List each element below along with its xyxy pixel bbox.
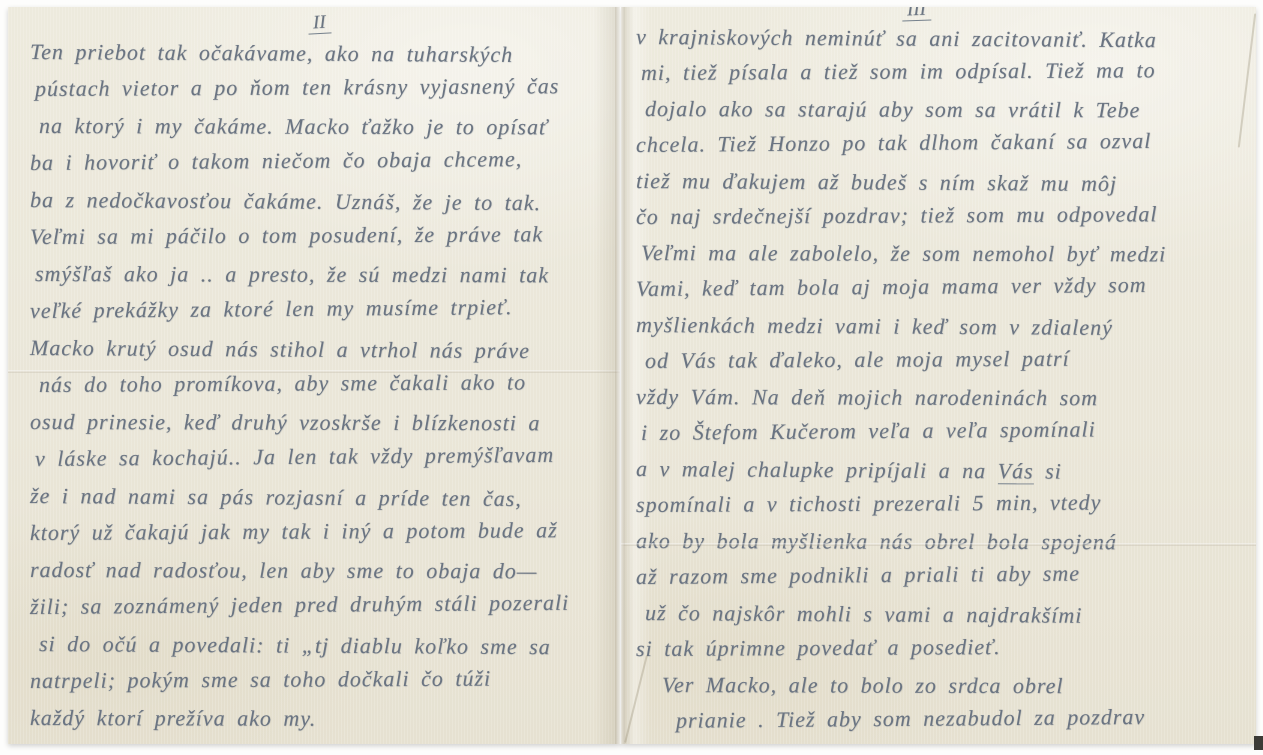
letter-line: si tak úprimne povedať a posedieť.	[636, 628, 1250, 667]
letter-line: prianie . Tiež aby som nezabudol za pozd…	[636, 698, 1250, 739]
letter-scan: II Ten priebot tak očakávame, ako na tuh…	[0, 0, 1263, 755]
letter-line: Veľmi sa mi páčilo o tom posudení, že pr…	[30, 215, 614, 255]
letter-line: ba i hovoriť o takom niečom čo obaja chc…	[30, 139, 614, 181]
letter-line: pústach vietor a po ňom ten krásny vyjas…	[30, 67, 614, 107]
letter-line: chcela. Tiež Honzo po tak dlhom čakaní s…	[636, 122, 1250, 163]
letter-line: nás do toho promíkova, aby sme čakali ak…	[30, 363, 614, 403]
letter-line: až razom sme podnikli a priali ti aby sm…	[636, 554, 1250, 595]
handwritten-text-right: v krajniskových neminúť sa ani zacitovan…	[636, 19, 1250, 739]
letter-line: v láske sa kochajú.. Ja len tak vždy pre…	[30, 435, 614, 477]
letter-line: žili; sa zoznámený jeden pred druhým stá…	[30, 583, 614, 625]
fold-crease-horizontal-right	[621, 543, 1256, 546]
letter-line: natrpeli; pokým sme sa toho dočkali čo t…	[30, 659, 614, 699]
letter-line: čo naj srdečnejší pozdrav; tiež som mu o…	[636, 196, 1250, 235]
letter-page-left: II Ten priebot tak očakávame, ako na tuh…	[8, 7, 620, 744]
letter-line: veľké prekážky za ktoré len my musíme tr…	[30, 287, 614, 329]
letter-line: i zo Štefom Kučerom veľa a veľa spomínal…	[636, 410, 1250, 451]
letter-page-right: III v krajniskových neminúť sa ani zacit…	[621, 7, 1256, 744]
letter-line: ktorý už čakajú jak my tak i iný a potom…	[30, 511, 614, 551]
fold-crease-horizontal-left	[8, 370, 620, 373]
scan-edge-artifact	[1254, 736, 1263, 750]
letter-line: Vami, keď tam bola aj moja mama ver vždy…	[636, 266, 1250, 307]
letter-line: spomínali a v tichosti prezerali 5 min, …	[636, 484, 1250, 523]
page-number-left: II	[307, 12, 331, 34]
letter-line: od Vás tak ďaleko, ale moja mysel patrí	[636, 340, 1250, 379]
letter-line: každý ktorí prežíva ako my.	[30, 699, 614, 738]
letter-line: mi, tiež písala a tiež som im odpísal. T…	[636, 52, 1250, 91]
handwritten-text-left: Ten priebot tak očakávame, ako na tuhars…	[30, 33, 614, 736]
